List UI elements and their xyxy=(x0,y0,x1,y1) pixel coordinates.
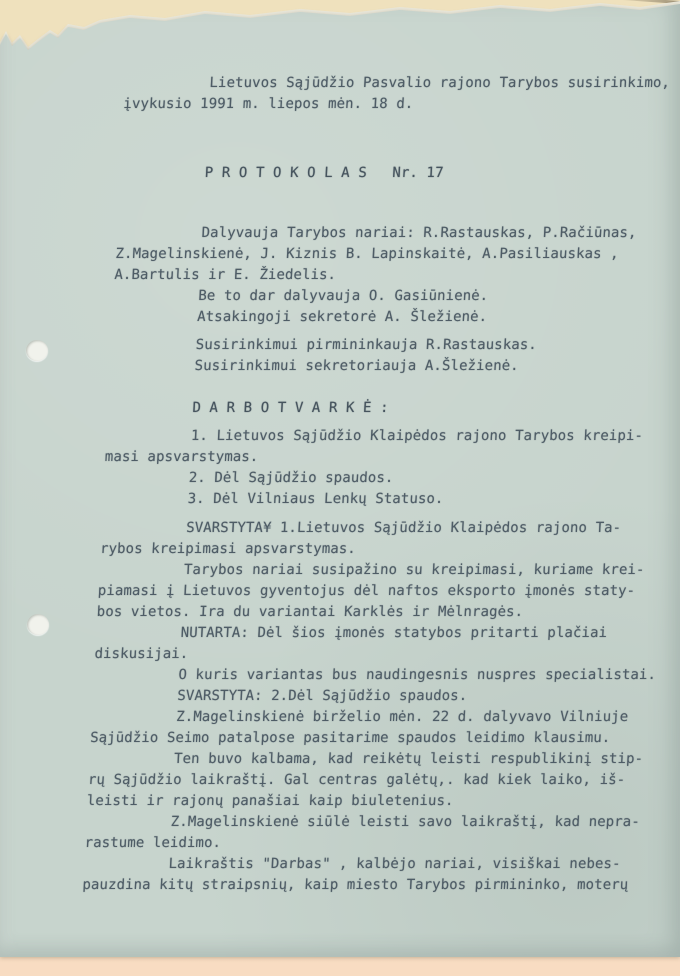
text-line: Be to dar dalyvauja O. Gasiūnienė. xyxy=(0,286,669,307)
text-line: Z.Magelinskienė, J. Kiznis B. Lapinskait… xyxy=(0,244,671,265)
text-line: 2. Dėl Sąjūdžio spaudos. xyxy=(0,468,659,489)
text-line: pauzdina kitų straipsnių, kaip miesto Ta… xyxy=(0,875,638,896)
text-line: SVARSTYTA¥ 1.Lietuvos Sąjūdžio Klaipėdos… xyxy=(0,518,657,539)
text-line: Sąjūdžio Seimo patalpose pasitarime spau… xyxy=(0,728,646,749)
text-line: rų Sąjūdžio laikraštį. Gal centras galėt… xyxy=(0,770,643,791)
text-line: rastume leidimo. xyxy=(0,833,640,854)
document-body: Lietuvos Sąjūdžio Pasvalio rajono Tarybo… xyxy=(0,73,680,896)
text-line: O kuris variantas bus naudingesnis nuspr… xyxy=(0,665,649,686)
heading-line: P R O T O K O L A S Nr. 17 xyxy=(0,163,675,184)
text-line: Dalyvauja Tarybos nariai: R.Rastauskas, … xyxy=(0,223,672,244)
text-line: įvykusio 1991 m. liepos mėn. 18 d. xyxy=(0,94,679,115)
text-line: NUTARTA: Dėl šios įmonės statybos pritar… xyxy=(0,623,651,644)
heading-line: D A R B O T V A R K Ė : xyxy=(0,398,663,419)
text-line: Z.Magelinskienė birželio mėn. 22 d. daly… xyxy=(0,707,647,728)
text-line: 3. Dėl Vilniaus Lenkų Statuso. xyxy=(0,489,658,510)
text-line: SVARSTYTA: 2.Dėl Sąjūdžio spaudos. xyxy=(0,686,648,707)
text-line: rybos kreipimasi apsvarstymas. xyxy=(0,539,656,560)
text-line: piamasi į Lietuvos gyventojus dėl naftos… xyxy=(0,581,653,602)
text-line: 1. Lietuvos Sąjūdžio Klaipėdos rajono Ta… xyxy=(0,426,662,447)
text-line: A.Bartulis ir E. Žiedelis. xyxy=(0,265,670,286)
text-line: Lietuvos Sąjūdžio Pasvalio rajono Tarybo… xyxy=(0,73,680,94)
text-line: bos vietos. Ira du variantai Karklės ir … xyxy=(0,602,652,623)
text-line: Tarybos nariai susipažino su kreipimasi,… xyxy=(0,560,654,581)
text-line: diskusijai. xyxy=(0,644,650,665)
text-line: Susirinkimui pirmininkauja R.Rastauskas. xyxy=(0,335,666,356)
text-line: Atsakingoji sekretorė A. Šležienė. xyxy=(0,307,668,328)
text-line: Ten buvo kalbama, kad reikėtų leisti res… xyxy=(0,749,645,770)
text-line: Susirinkimui sekretoriauja A.Šležienė. xyxy=(0,356,665,377)
text-line: Z.Magelinskienė siūlė leisti savo laikra… xyxy=(0,812,641,833)
text-line: leisti ir rajonų panašiai kaip biuleteni… xyxy=(0,791,642,812)
text-line: masi apsvarstymas. xyxy=(0,447,660,468)
text-line: Laikraštis "Darbas" , kalbėjo nariai, vi… xyxy=(0,854,639,875)
